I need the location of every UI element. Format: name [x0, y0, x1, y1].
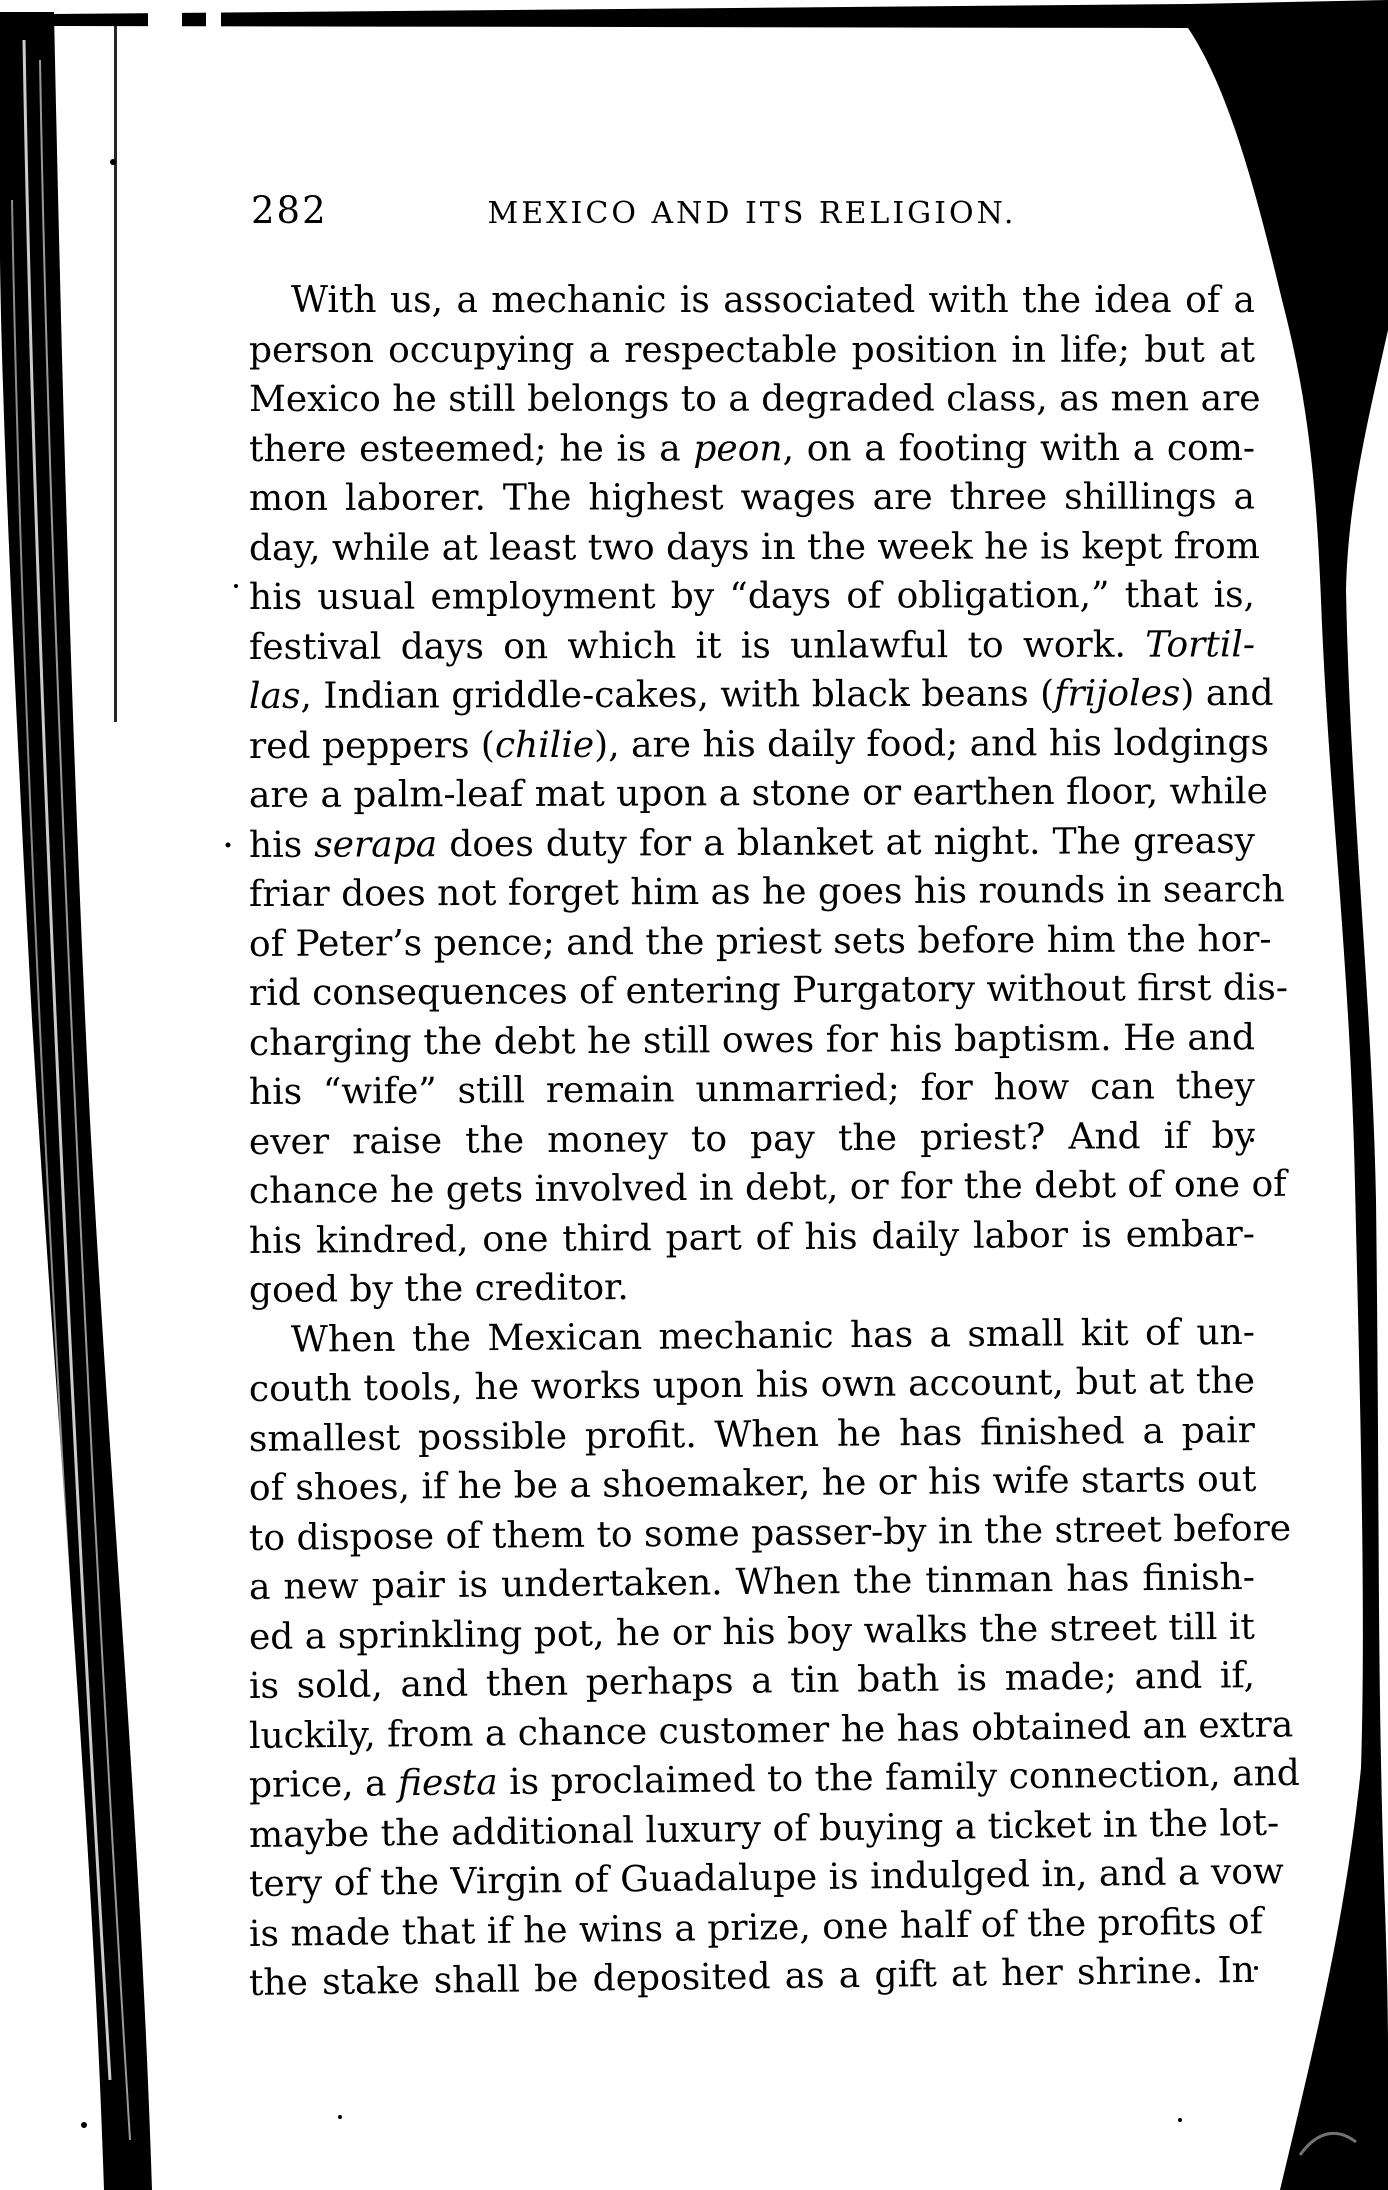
text-line: there esteemed; he is a peon, on a footi… — [249, 423, 1255, 474]
text-line: mon laborer. The highest wages are three… — [249, 472, 1255, 523]
text-line: his “wife” still remain unmarried; for h… — [249, 1062, 1255, 1118]
scan-artifact-streak — [24, 40, 110, 2080]
text-line: When the Mexican mechanic has a small ki… — [249, 1307, 1255, 1365]
text-line: festival days on which it is unlawful to… — [249, 620, 1255, 672]
scan-artifact-wrinkle — [1300, 2133, 1356, 2155]
text-line: charging the debt he still owes for his … — [249, 1013, 1255, 1068]
text-line: of Peter’s pence; and the priest sets be… — [249, 914, 1255, 969]
text-line: his kindred, one third part of his daily… — [249, 1209, 1255, 1266]
scan-artifact-streak — [12, 200, 80, 1760]
text-line: With us, a mechanic is associated with t… — [249, 276, 1255, 326]
text-line: his serapa does duty for a blanket at ni… — [249, 816, 1255, 870]
text-line: friar does not forget him as he goes his… — [249, 865, 1255, 919]
text-line: day, while at least two days in the week… — [249, 522, 1255, 573]
text-line: Mexico he still belongs to a degraded cl… — [249, 374, 1255, 424]
text-line: ever raise the money to pay the priest? … — [249, 1111, 1255, 1167]
text-line: his usual employment by “days of obligat… — [249, 571, 1255, 623]
text-line: red peppers (chilie), are his daily food… — [249, 718, 1255, 771]
scan-artifact-top-gap — [148, 2, 182, 28]
text-line: chance he gets involved in debt, or for … — [249, 1160, 1255, 1216]
scan-artifact-left-bar — [0, 12, 152, 2190]
page-body: With us, a mechanic is associated with t… — [249, 276, 1255, 2009]
running-title: MEXICO AND ITS RELIGION. — [249, 198, 1255, 230]
scan-artifact-top-gap — [206, 2, 221, 28]
text-line: are a palm-leaf mat upon a stone or eart… — [249, 767, 1255, 820]
text-line: of shoes, if he be a shoemaker, he or hi… — [249, 1455, 1255, 1514]
text-line: rid consequences of entering Purgatory w… — [249, 964, 1255, 1019]
page-header: 282 MEXICO AND ITS RELIGION. — [249, 192, 1255, 236]
text-line: las, Indian griddle-cakes, with black be… — [249, 669, 1255, 722]
text-line: couth tools, he works upon his own accou… — [249, 1357, 1255, 1415]
scan-artifact-streak — [40, 60, 130, 2140]
text-line: goed by the creditor. — [249, 1258, 1255, 1315]
scan-artifact-thin-line — [114, 22, 117, 722]
scanned-book-page: 282 MEXICO AND ITS RELIGION. With us, a … — [0, 0, 1388, 2190]
text-line: person occupying a respectable position … — [249, 325, 1255, 375]
